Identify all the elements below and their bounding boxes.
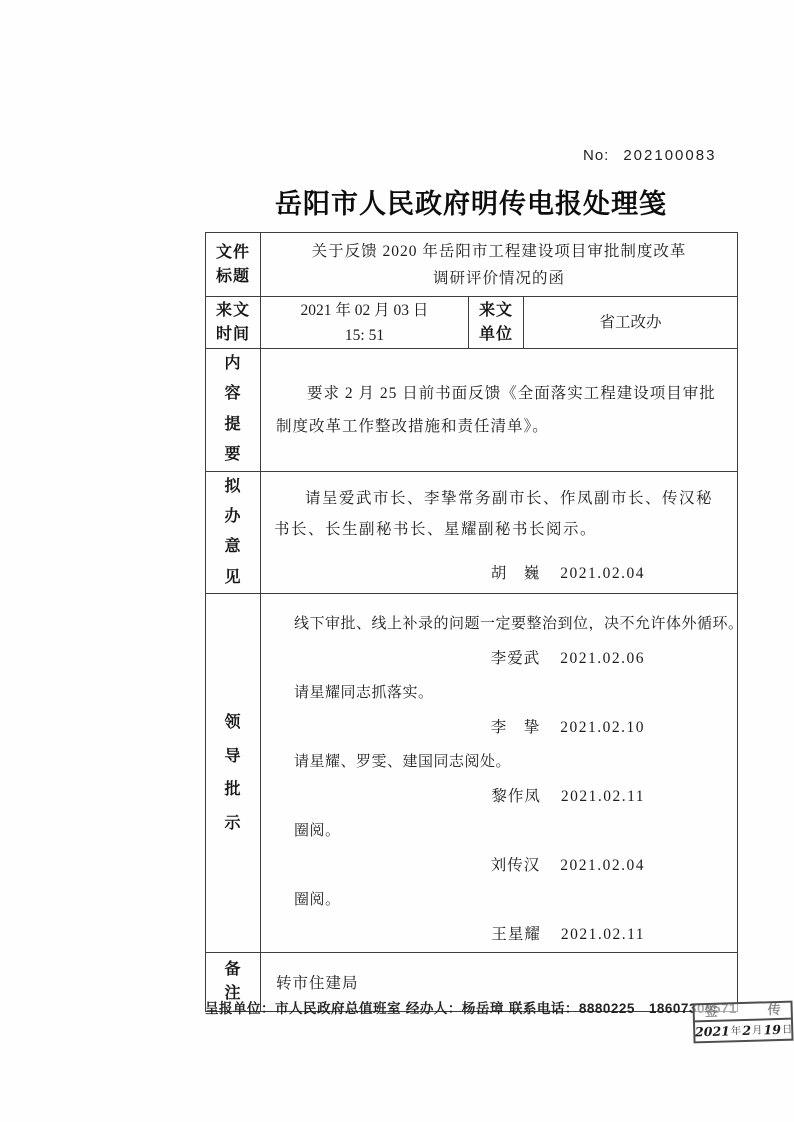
label-leader-instructions: 领 导 批 示 bbox=[206, 594, 261, 953]
instruction-entry: 请星耀同志抓落实。 李 挚2021.02.10 bbox=[261, 676, 737, 745]
instruction-comment: 请星耀、罗雯、建国同志阅处。 bbox=[261, 745, 737, 780]
receipt-date-stamp: 签 传 2021年2月19日 bbox=[692, 1001, 793, 1044]
proposed-opinion-signature: 胡 巍2021.02.04 bbox=[261, 561, 737, 583]
instruction-entry: 圈阅。 刘传汉2021.02.04 bbox=[261, 814, 737, 883]
document-number: No:202100083 bbox=[583, 147, 716, 164]
instruction-signature: 王星耀2021.02.11 bbox=[261, 918, 737, 953]
signature-date: 2021.02.04 bbox=[560, 565, 645, 582]
instruction-entry: 请星耀、罗雯、建国同志阅处。 黎作凤2021.02.11 bbox=[261, 745, 737, 814]
signature-date: 2021.02.04 bbox=[560, 857, 645, 874]
stamp-date-row: 2021年2月19日 bbox=[695, 1018, 792, 1042]
document-title-line2: 调研评价情况的函 bbox=[261, 265, 737, 292]
instruction-comment: 圈阅。 bbox=[261, 814, 737, 849]
remarks-text: 转市住建局 bbox=[261, 971, 737, 993]
signature-date: 2021.02.06 bbox=[560, 650, 645, 667]
scanned-document-page: No:202100083 岳阳市人民政府明传电报处理笺 文件 标题 关于反馈 2… bbox=[0, 0, 794, 1122]
proposed-opinion-text: 请呈爱武市长、李挚常务副市长、作凤副市长、传汉秘书长、长生副秘书长、星耀副秘书长… bbox=[261, 483, 737, 545]
stamp-month-label: 月 bbox=[752, 1022, 763, 1037]
incoming-time-date: 2021 年 02 月 03 日 bbox=[261, 298, 468, 323]
instruction-comment: 线下审批、线上补录的问题一定要整治到位，决不允许体外循环。 bbox=[261, 607, 737, 642]
instruction-comment: 请星耀同志抓落实。 bbox=[261, 676, 737, 711]
row-document-title: 文件 标题 关于反馈 2020 年岳阳市工程建设项目审批制度改革 调研评价情况的… bbox=[206, 233, 738, 297]
report-unit: 呈报单位：市人民政府总值班室 bbox=[205, 997, 401, 1017]
telegram-processing-table: 文件 标题 关于反馈 2020 年岳阳市工程建设项目审批制度改革 调研评价情况的… bbox=[205, 232, 738, 1012]
footer-info-line: 呈报单位：市人民政府总值班室 经办人：杨岳璋 联系电话：8880225 1860… bbox=[205, 997, 737, 1017]
instruction-comment: 圈阅。 bbox=[261, 883, 737, 918]
stamp-char-left: 签 bbox=[704, 1003, 718, 1020]
cell-content-summary: 要求 2 月 25 日前书面反馈《全面落实工程建设项目审批制度改革工作整改措施和… bbox=[261, 349, 738, 472]
label-incoming-time: 来文 时间 bbox=[206, 297, 261, 349]
label-document-title: 文件 标题 bbox=[206, 233, 261, 297]
document-title-line1: 关于反馈 2020 年岳阳市工程建设项目审批制度改革 bbox=[261, 238, 737, 265]
signature-date: 2021.02.11 bbox=[561, 788, 645, 805]
instruction-signature: 李爱武2021.02.06 bbox=[261, 642, 737, 677]
stamp-year-label: 年 bbox=[731, 1023, 742, 1038]
incoming-unit-value: 省工改办 bbox=[524, 310, 737, 335]
row-content-summary: 内 容 提 要 要求 2 月 25 日前书面反馈《全面落实工程建设项目审批制度改… bbox=[206, 349, 738, 472]
cell-incoming-unit: 省工改办 bbox=[524, 297, 738, 349]
stamp-month-handwritten: 2 bbox=[741, 1023, 752, 1038]
document-number-value: 202100083 bbox=[623, 147, 716, 164]
label-incoming-unit: 来文 单位 bbox=[469, 297, 524, 349]
signer-name: 刘传汉 bbox=[491, 857, 541, 874]
stamp-day-label: 日 bbox=[782, 1022, 793, 1037]
cell-document-title: 关于反馈 2020 年岳阳市工程建设项目审批制度改革 调研评价情况的函 bbox=[261, 233, 738, 297]
signer-name: 王星耀 bbox=[491, 926, 541, 943]
row-incoming-info: 来文 时间 2021 年 02 月 03 日 15: 51 来文 单位 省工改办 bbox=[206, 297, 738, 349]
instruction-signature: 黎作凤2021.02.11 bbox=[261, 780, 737, 815]
signer-name: 黎作凤 bbox=[491, 788, 541, 805]
cell-incoming-time: 2021 年 02 月 03 日 15: 51 bbox=[261, 297, 469, 349]
content-summary-text: 要求 2 月 25 日前书面反馈《全面落实工程建设项目审批制度改革工作整改措施和… bbox=[261, 377, 737, 443]
signer-name: 李爱武 bbox=[491, 650, 541, 667]
incoming-time-clock: 15: 51 bbox=[261, 323, 468, 348]
row-leader-instructions: 领 导 批 示 线下审批、线上补录的问题一定要整治到位，决不允许体外循环。 李爱… bbox=[206, 594, 738, 953]
handler-name: 经办人：杨岳璋 bbox=[406, 997, 504, 1017]
instruction-signature: 李 挚2021.02.10 bbox=[261, 711, 737, 746]
label-content-summary: 内 容 提 要 bbox=[206, 349, 261, 472]
row-proposed-opinion: 拟 办 意 见 请呈爱武市长、李挚常务副市长、作凤副市长、传汉秘书长、长生副秘书… bbox=[206, 471, 738, 594]
stamp-header-characters: 签 传 bbox=[695, 1003, 791, 1021]
signer-name: 胡 巍 bbox=[491, 565, 541, 582]
page-title: 岳阳市人民政府明传电报处理笺 bbox=[205, 182, 737, 221]
cell-proposed-opinion: 请呈爱武市长、李挚常务副市长、作凤副市长、传汉秘书长、长生副秘书长、星耀副秘书长… bbox=[261, 471, 738, 594]
stamp-char-right: 传 bbox=[767, 1003, 781, 1019]
instruction-signature: 刘传汉2021.02.04 bbox=[261, 849, 737, 884]
signer-name: 李 挚 bbox=[491, 719, 541, 736]
signature-date: 2021.02.11 bbox=[561, 926, 645, 943]
instruction-entry: 线下审批、线上补录的问题一定要整治到位，决不允许体外循环。 李爱武2021.02… bbox=[261, 607, 737, 676]
document-number-label: No: bbox=[583, 147, 609, 164]
signature-date: 2021.02.10 bbox=[560, 719, 645, 736]
stamp-day-handwritten: 19 bbox=[762, 1022, 782, 1038]
instruction-entry: 圈阅。 王星耀2021.02.11 bbox=[261, 883, 737, 952]
stamp-year-handwritten: 2021 bbox=[694, 1023, 731, 1039]
cell-leader-instructions: 线下审批、线上补录的问题一定要整治到位，决不允许体外循环。 李爱武2021.02… bbox=[261, 594, 738, 953]
label-proposed-opinion: 拟 办 意 见 bbox=[206, 471, 261, 594]
